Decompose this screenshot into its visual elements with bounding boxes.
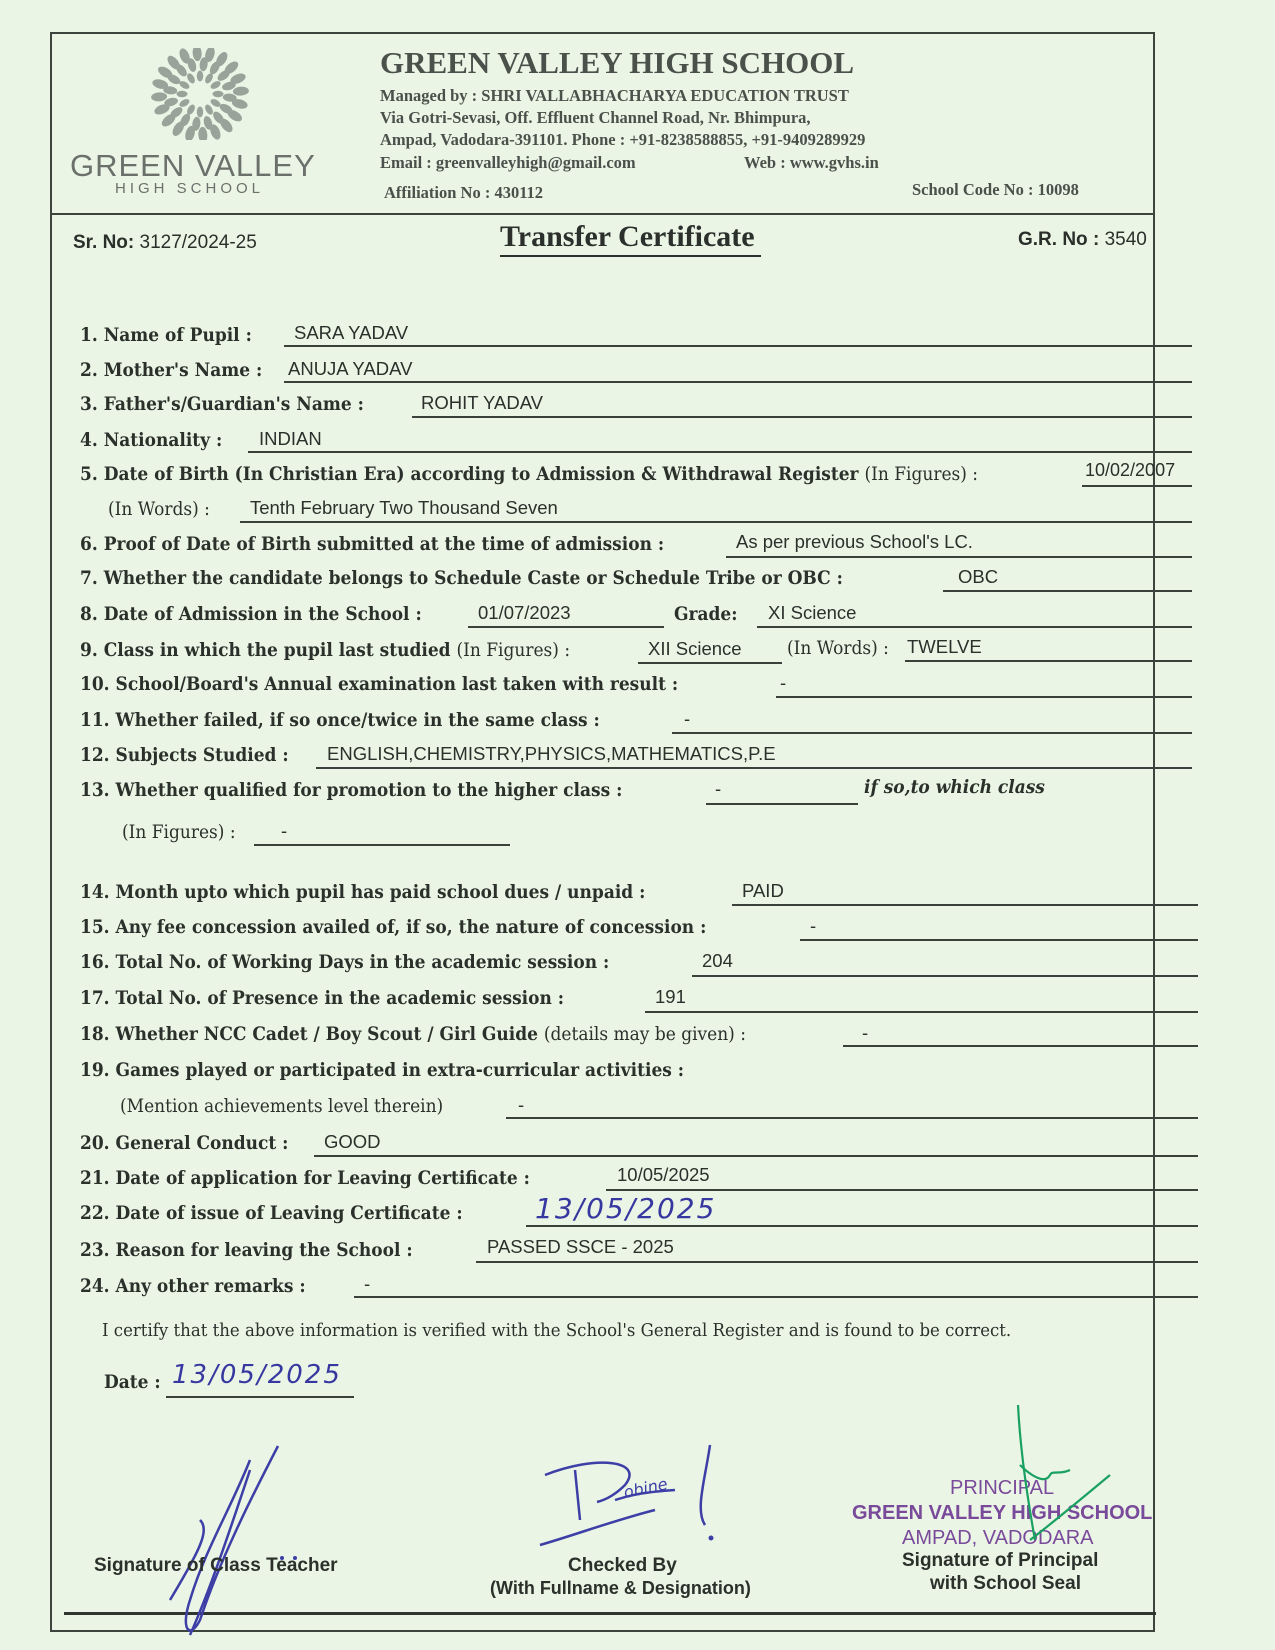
field-label-promotion-figures: (In Figures) : <box>122 822 236 843</box>
underline <box>248 451 1192 453</box>
field-value-failed: - <box>684 708 690 730</box>
field-label-admission-date: 8. Date of Admission in the School : <box>80 604 422 625</box>
logo-subtitle: HIGH SCHOOL <box>115 180 264 197</box>
underline <box>354 1296 1198 1298</box>
field-value-dob-words: Tenth February Two Thousand Seven <box>250 497 558 519</box>
underline <box>645 1011 1198 1013</box>
gr-number: G.R. No : 3540 <box>1018 229 1147 251</box>
underline <box>166 1396 354 1398</box>
underline <box>284 345 1192 347</box>
field-value-issue-date: 13/05/2025 <box>535 1192 716 1225</box>
underline <box>1082 485 1192 487</box>
field-label-which-class: if so,to which class <box>864 777 1045 798</box>
field-label-failed: 11. Whether failed, if so once/twice in … <box>80 710 600 731</box>
serial-number: Sr. No: 3127/2024-25 <box>73 232 257 254</box>
field-value-leaving-reason: PASSED SSCE - 2025 <box>487 1236 674 1258</box>
principal-signature-sublabel: with School Seal <box>930 1573 1081 1595</box>
field-label-extracurricular: 19. Games played or participated in extr… <box>80 1060 684 1081</box>
school-website: Web : www.gvhs.in <box>744 153 879 173</box>
field-label-fee-concession: 15. Any fee concession availed of, if so… <box>80 917 706 938</box>
field-label-last-class-words: (In Words) : <box>787 638 889 659</box>
underline <box>757 626 1192 628</box>
field-value-ncc: - <box>862 1022 868 1044</box>
field-value-remarks: - <box>364 1273 370 1295</box>
field-value-last-exam: - <box>780 672 786 694</box>
checked-by-label: Checked By <box>568 1555 677 1577</box>
underline <box>638 662 782 664</box>
field-label-dues: 14. Month upto which pupil has paid scho… <box>80 882 645 903</box>
field-label-ncc: 18. Whether NCC Cadet / Boy Scout / Girl… <box>80 1024 746 1045</box>
address-line-2: Ampad, Vadodara-391101. Phone : +91-8238… <box>380 130 865 150</box>
date-label: Date : <box>104 1372 161 1393</box>
field-value-conduct: GOOD <box>324 1131 381 1153</box>
underline <box>726 556 1192 558</box>
field-label-category: 7. Whether the candidate belongs to Sche… <box>80 568 843 589</box>
field-value-last-class: XII Science <box>648 638 742 660</box>
field-value-promotion: - <box>715 778 721 800</box>
field-value-grade: XI Science <box>768 602 856 624</box>
managed-by: Managed by : SHRI VALLABHACHARYA EDUCATI… <box>380 86 849 106</box>
field-label-grade: Grade: <box>674 604 738 625</box>
underline <box>692 975 1198 977</box>
field-value-admission-date: 01/07/2023 <box>478 602 571 624</box>
underline <box>843 1045 1198 1047</box>
field-label-leaving-reason: 23. Reason for leaving the School : <box>80 1240 413 1261</box>
field-label-conduct: 20. General Conduct : <box>80 1133 288 1154</box>
school-code: School Code No : 10098 <box>912 180 1079 200</box>
field-label-father-name: 3. Father's/Guardian's Name : <box>80 394 364 415</box>
date-value: 13/05/2025 <box>172 1360 342 1390</box>
field-value-promotion-figures: - <box>281 820 287 842</box>
field-value-pupil-name: SARA YADAV <box>294 322 408 344</box>
field-value-mother-name: ANUJA YADAV <box>288 358 412 380</box>
field-label-subjects: 12. Subjects Studied : <box>80 745 289 766</box>
field-label-promotion: 13. Whether qualified for promotion to t… <box>80 780 622 801</box>
certification-text: I certify that the above information is … <box>102 1320 1011 1341</box>
affiliation-number: Affiliation No : 430112 <box>384 183 543 203</box>
field-label-remarks: 24. Any other remarks : <box>80 1276 306 1297</box>
underline <box>316 767 1192 769</box>
field-value-nationality: INDIAN <box>259 428 322 450</box>
field-label-issue-date: 22. Date of issue of Leaving Certificate… <box>80 1203 463 1224</box>
principal-signature-label: Signature of Principal <box>902 1550 1098 1572</box>
field-label-dob-proof: 6. Proof of Date of Birth submitted at t… <box>80 534 664 555</box>
underline <box>476 1261 1198 1263</box>
header-divider <box>52 213 1153 215</box>
underline <box>776 696 1192 698</box>
underline <box>905 660 1192 662</box>
field-label-application-date: 21. Date of application for Leaving Cert… <box>80 1168 530 1189</box>
field-label-dob: 5. Date of Birth (In Christian Era) acco… <box>80 464 978 485</box>
flower-logo-icon <box>150 48 250 140</box>
field-value-extracurricular: - <box>518 1094 524 1116</box>
principal-signature-icon <box>990 1405 1130 1545</box>
underline <box>314 1155 1198 1157</box>
underline <box>606 1189 1198 1191</box>
field-value-dues: PAID <box>742 880 784 902</box>
underline <box>254 844 510 846</box>
field-label-dob-words: (In Words) : <box>108 499 210 520</box>
field-value-subjects: ENGLISH,CHEMISTRY,PHYSICS,MATHEMATICS,P.… <box>327 743 776 765</box>
address-line-1: Via Gotri-Sevasi, Off. Effluent Channel … <box>380 108 811 128</box>
checked-by-sublabel: (With Fullname & Designation) <box>490 1578 751 1599</box>
logo-name: GREEN VALLEY <box>70 148 316 184</box>
underline <box>526 1225 1198 1227</box>
underline <box>284 381 1192 383</box>
field-value-working-days: 204 <box>702 950 733 972</box>
field-label-last-class: 9. Class in which the pupil last studied… <box>80 640 570 661</box>
field-value-last-class-words: TWELVE <box>907 636 982 658</box>
class-teacher-signature-label: Signature of Class Teacher <box>94 1555 338 1577</box>
field-value-dob-proof: As per previous School's LC. <box>736 531 973 553</box>
underline <box>240 521 1192 523</box>
field-value-father-name: ROHIT YADAV <box>421 392 543 414</box>
underline <box>506 1117 1198 1119</box>
field-value-presence: 191 <box>655 986 686 1008</box>
field-label-working-days: 16. Total No. of Working Days in the aca… <box>80 952 609 973</box>
underline <box>412 416 1192 418</box>
underline <box>732 904 1198 906</box>
underline <box>706 803 858 805</box>
underline <box>672 732 1192 734</box>
checked-by-signature-icon: obine <box>535 1440 745 1550</box>
underline <box>800 939 1198 941</box>
underline <box>943 590 1192 592</box>
field-label-pupil-name: 1. Name of Pupil : <box>80 325 252 346</box>
field-label-mother-name: 2. Mother's Name : <box>80 360 262 381</box>
school-email: Email : greenvalleyhigh@gmail.com <box>380 153 636 173</box>
field-label-nationality: 4. Nationality : <box>80 430 222 451</box>
field-value-fee-concession: - <box>810 915 816 937</box>
field-value-dob-figures: 10/02/2007 <box>1085 460 1175 481</box>
field-label-last-exam: 10. School/Board's Annual examination la… <box>80 674 678 695</box>
underline <box>468 626 664 628</box>
field-value-category: OBC <box>958 566 998 588</box>
field-value-application-date: 10/05/2025 <box>617 1164 710 1186</box>
field-label-presence: 17. Total No. of Presence in the academi… <box>80 988 564 1009</box>
school-name: GREEN VALLEY HIGH SCHOOL <box>380 45 854 81</box>
page-title: Transfer Certificate <box>500 220 761 257</box>
field-label-achievements: (Mention achievements level therein) <box>120 1096 443 1117</box>
class-teacher-signature-icon <box>130 1440 310 1640</box>
